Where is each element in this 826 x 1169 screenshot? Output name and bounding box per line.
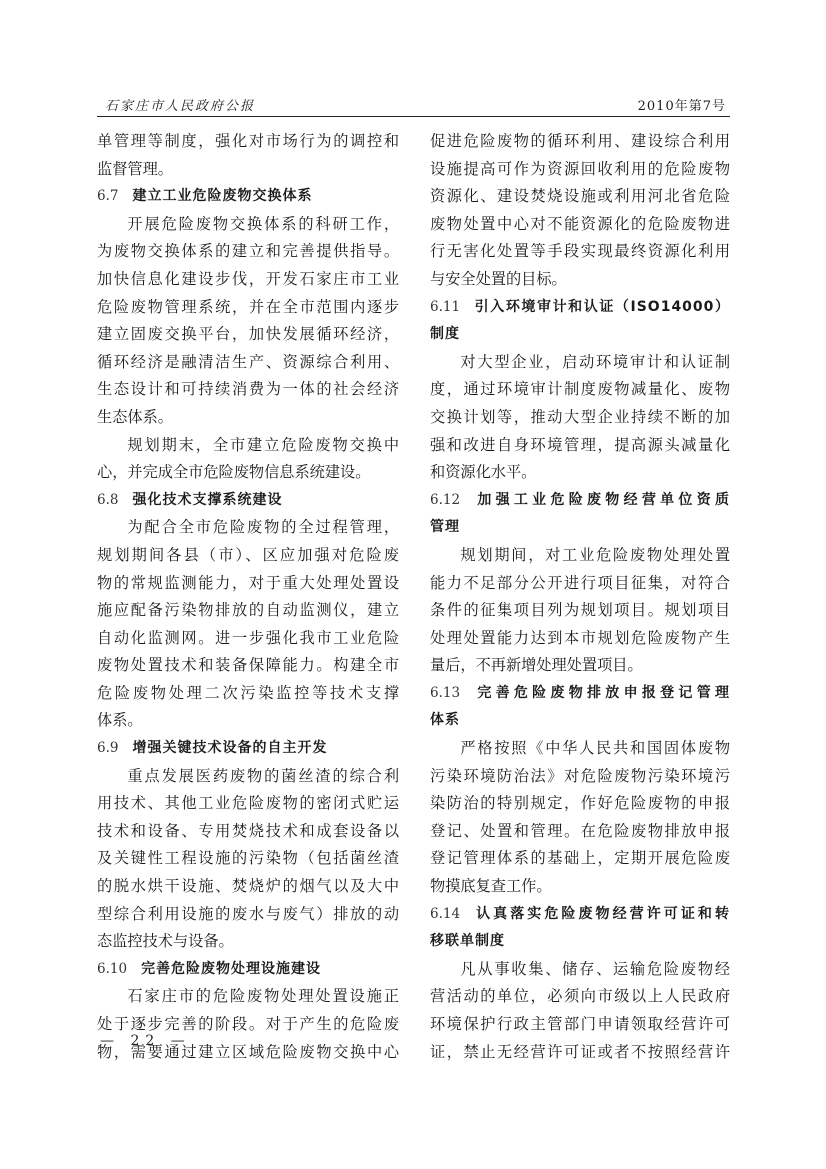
section-heading: 6.7建立工业危险废物交换体系 — [97, 183, 399, 211]
paragraph-line: 染防治的特别规定，作好危险废物的申报 — [430, 790, 730, 818]
section-heading: 6.11引入环境审计和认证（ISO14000） — [430, 294, 730, 322]
left-column: 单管理等制度，强化对市场行为的调控和监督管理。6.7建立工业危险废物交换体系开展… — [97, 128, 399, 1066]
paragraph-line: 条件的征集项目列为规划项目。规划项目 — [430, 597, 730, 625]
paragraph-line: 施应配备污染物排放的自动监测仪，建立 — [97, 597, 399, 625]
paragraph-line: 处理处置能力达到本市规划危险废物产生 — [430, 625, 730, 653]
section-number: 6.8 — [97, 492, 118, 508]
paragraph-line: 证，禁止无经营许可证或者不按照经营许 — [430, 1039, 730, 1067]
section-heading: 6.12加强工业危险废物经营单位资质 — [430, 487, 730, 515]
section-number: 6.11 — [430, 299, 460, 315]
paragraph-line: 循环经济是融清洁生产、资源综合利用、 — [97, 349, 399, 377]
paragraph-line: 废物处置中心对不能资源化的危险废物进 — [430, 211, 730, 239]
section-title: 增强关键技术设备的自主开发 — [132, 740, 327, 756]
journal-title: 石家庄市人民政府公报 — [105, 95, 255, 114]
section-heading: 6.13完善危险废物排放申报登记管理 — [430, 680, 730, 708]
paragraph-line: 及关键性工程设施的污染物（包括菌丝渣 — [97, 845, 399, 873]
section-heading: 移联单制度 — [430, 928, 730, 956]
page-number: — 22 — — [100, 1033, 191, 1049]
section-heading: 6.9增强关键技术设备的自主开发 — [97, 735, 399, 763]
paragraph-line: 体系。 — [97, 707, 399, 735]
paragraph-line: 自动化监测网。进一步强化我市工业危险 — [97, 625, 399, 653]
paragraph-line: 行无害化处置等手段实现最终资源化利用 — [430, 238, 730, 266]
paragraph-line: 促进危险废物的循环利用、建设综合利用 — [430, 128, 730, 156]
paragraph-line: 废物处置技术和装备保障能力。构建全市 — [97, 652, 399, 680]
paragraph-line: 生态体系。 — [97, 404, 399, 432]
section-title: 完善危险废物排放申报登记管理 — [474, 685, 730, 701]
paragraph-line: 严格按照《中华人民共和国固体废物 — [430, 735, 730, 763]
running-header: 石家庄市人民政府公报 2010年第7号 — [97, 94, 730, 117]
paragraph-line: 态监控技术与设备。 — [97, 928, 399, 956]
paragraph-line: 规划期末，全市建立危险废物交换中 — [97, 432, 399, 460]
section-number: 6.7 — [97, 188, 118, 204]
paragraph-line: 对大型企业，启动环境审计和认证制 — [430, 349, 730, 377]
section-title: 管理 — [430, 519, 460, 535]
paragraph-line: 危险废物处理二次污染监控等技术支撑 — [97, 680, 399, 708]
section-title: 引入环境审计和认证（ISO14000） — [474, 299, 730, 315]
section-title: 移联单制度 — [430, 933, 505, 949]
paragraph-line: 营活动的单位，必须向市级以上人民政府 — [430, 983, 730, 1011]
paragraph-line: 环境保护行政主管部门申请领取经营许可 — [430, 1011, 730, 1039]
section-number: 6.10 — [97, 961, 127, 977]
section-title: 强化技术支撑系统建设 — [132, 492, 282, 508]
paragraph-line: 与安全处置的目标。 — [430, 266, 730, 294]
paragraph-line: 登记、处置和管理。在危险废物排放申报 — [430, 818, 730, 846]
paragraph-line: 强和改进自身环境管理，提高源头减量化 — [430, 432, 730, 460]
paragraph-line: 资源化、建设焚烧设施或利用河北省危险 — [430, 183, 730, 211]
paragraph-line: 开展危险废物交换体系的科研工作， — [97, 211, 399, 239]
paragraph-line: 规划期间各县（市）、区应加强对危险废 — [97, 542, 399, 570]
paragraph-line: 能力不足部分公开进行项目征集，对符合 — [430, 570, 730, 598]
section-heading: 6.14认真落实危险废物经营许可证和转 — [430, 901, 730, 929]
paragraph-line: 物摸底复查工作。 — [430, 873, 730, 901]
paragraph-line: 量后，不再新增处理处置项目。 — [430, 652, 730, 680]
paragraph-line: 重点发展医药废物的菌丝渣的综合利 — [97, 763, 399, 791]
section-title: 完善危险废物处理设施建设 — [141, 961, 321, 977]
paragraph-line: 为废物交换体系的建立和完善提供指导。 — [97, 238, 399, 266]
paragraph-line: 设施提高可作为资源回收利用的危险废物 — [430, 156, 730, 184]
right-column: 促进危险废物的循环利用、建设综合利用设施提高可作为资源回收利用的危险废物资源化、… — [430, 128, 730, 1066]
paragraph-line: 交换计划等，推动大型企业持续不断的加 — [430, 404, 730, 432]
section-number: 6.12 — [430, 492, 460, 508]
section-number: 6.13 — [430, 685, 460, 701]
section-title: 加强工业危险废物经营单位资质 — [474, 492, 730, 508]
paragraph-line: 登记管理体系的基础上，定期开展危险废 — [430, 845, 730, 873]
paragraph-line: 凡从事收集、储存、运输危险废物经 — [430, 956, 730, 984]
section-number: 6.14 — [430, 906, 460, 922]
section-title: 制度 — [430, 326, 460, 342]
section-heading: 体系 — [430, 707, 730, 735]
paragraph-line: 建立固废交换平台，加快发展循环经济， — [97, 321, 399, 349]
paragraph-line: 度，通过环境审计制度废物减量化、废物 — [430, 376, 730, 404]
section-heading: 制度 — [430, 321, 730, 349]
paragraph-line: 规划期间，对工业危险废物处理处置 — [430, 542, 730, 570]
paragraph-line: 心，并完成全市危险废物信息系统建设。 — [97, 459, 399, 487]
section-title: 认真落实危险废物经营许可证和转 — [474, 906, 730, 922]
paragraph-line: 加快信息化建设步伐，开发石家庄市工业 — [97, 266, 399, 294]
section-heading: 管理 — [430, 514, 730, 542]
paragraph-line: 为配合全市危险废物的全过程管理， — [97, 514, 399, 542]
paragraph-line: 的脱水烘干设施、焚烧炉的烟气以及大中 — [97, 873, 399, 901]
paragraph-line: 和资源化水平。 — [430, 459, 730, 487]
section-heading: 6.8强化技术支撑系统建设 — [97, 487, 399, 515]
paragraph-line: 单管理等制度，强化对市场行为的调控和 — [97, 128, 399, 156]
paragraph-line: 污染环境防治法》对危险废物污染环境污 — [430, 763, 730, 791]
section-title: 建立工业危险废物交换体系 — [132, 188, 312, 204]
paragraph-line: 技术和设备、专用焚烧技术和成套设备以 — [97, 818, 399, 846]
paragraph-line: 危险废物管理系统，并在全市范围内逐步 — [97, 294, 399, 322]
paragraph-line: 物的常规监测能力，对于重大处理处置设 — [97, 570, 399, 598]
paragraph-line: 型综合利用设施的废水与废气）排放的动 — [97, 901, 399, 929]
paragraph-line: 生态设计和可持续消费为一体的社会经济 — [97, 376, 399, 404]
paragraph-line: 用技术、其他工业危险废物的密闭式贮运 — [97, 790, 399, 818]
paragraph-line: 石家庄市的危险废物处理处置设施正 — [97, 983, 399, 1011]
section-title: 体系 — [430, 712, 460, 728]
paragraph-line: 监督管理。 — [97, 156, 399, 184]
issue-number: 2010年第7号 — [638, 95, 726, 114]
section-number: 6.9 — [97, 740, 118, 756]
section-heading: 6.10完善危险废物处理设施建设 — [97, 956, 399, 984]
